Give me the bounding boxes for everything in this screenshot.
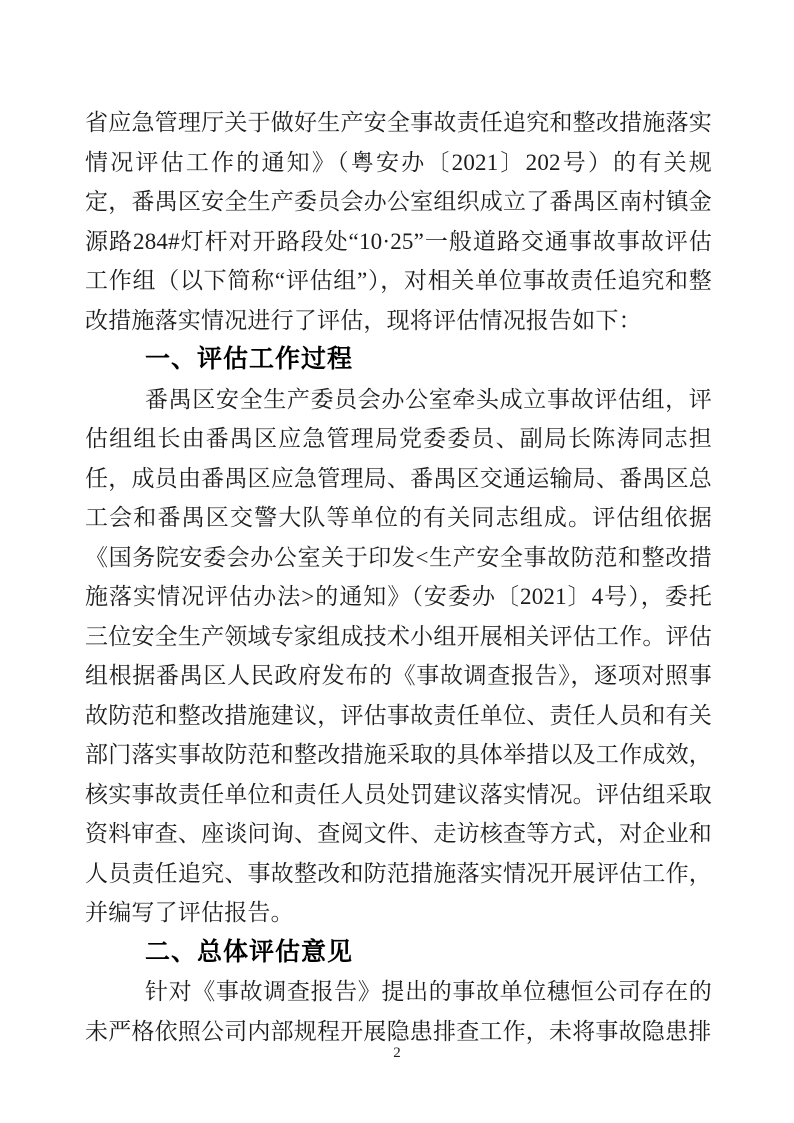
paragraph-overall-opinion: 针对《事故调查报告》提出的事故单位穗恒公司存在的未严格依照公司内部规程开展隐患排… <box>85 972 712 1051</box>
document-page: 省应急管理厅关于做好生产安全事故责任追究和整改措施落实情况评估工作的通知》（粤安… <box>0 0 794 1123</box>
document-body: 省应急管理厅关于做好生产安全事故责任追究和整改措施落实情况评估工作的通知》（粤安… <box>85 103 712 1051</box>
paragraph-evaluation-process: 番禺区安全生产委员会办公室牵头成立事故评估组，评估组组长由番禺区应急管理局党委委… <box>85 380 712 933</box>
page-number: 2 <box>0 1044 794 1062</box>
paragraph-continuation: 省应急管理厅关于做好生产安全事故责任追究和整改措施落实情况评估工作的通知》（粤安… <box>85 103 712 340</box>
section-heading-evaluation-process: 一、评估工作过程 <box>85 340 712 380</box>
section-heading-overall-opinion: 二、总体评估意见 <box>85 933 712 973</box>
